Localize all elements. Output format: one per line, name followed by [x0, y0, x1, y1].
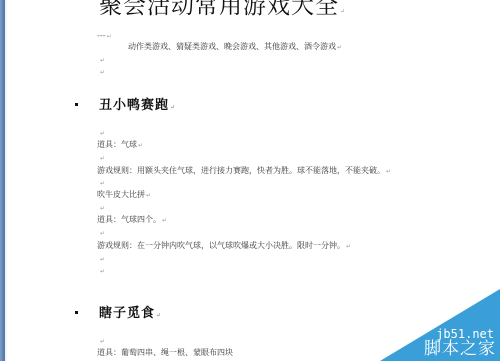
paragraph-mark: ↵ — [100, 69, 105, 76]
watermark-name: 脚本之家 — [424, 334, 496, 359]
paragraph-mark: ↵ — [100, 230, 105, 237]
paragraph-mark: ↵ — [100, 256, 105, 263]
paragraph-mark: ↵ — [146, 192, 151, 199]
paragraph-mark: ↵ — [100, 338, 105, 345]
paragraph-mark: ↵ — [337, 44, 342, 51]
paragraph-mark: ↵ — [107, 33, 112, 40]
section-rules: 游戏规则：在一分钟内吹气球，以气球吹爆或大小决胜。限时一分钟。↵ — [97, 240, 351, 251]
props-text: 道具：气球四个。 — [97, 215, 161, 224]
bullet-icon — [75, 103, 78, 106]
intro-marker: ---↵ — [97, 31, 112, 40]
paragraph-mark: ↵ — [100, 205, 105, 212]
section-props: 道具：气球↵ — [97, 139, 143, 150]
rules-text: 游戏规则：用额头夹住气球，进行接力赛跑，快者为胜。球不能落地，不能夹破。 — [97, 166, 385, 175]
section-rules: 游戏规则：用额头夹住气球，进行接力赛跑，快者为胜。球不能落地，不能夹破。↵ — [97, 165, 391, 176]
paragraph-mark: ↵ — [346, 243, 351, 250]
paragraph-mark: ↵ — [340, 8, 346, 15]
document-title: 聚会活动常用游戏大全↵ — [99, 0, 346, 20]
section-heading-text: 瞎子觅食 — [99, 306, 155, 321]
paragraph-mark: ↵ — [138, 142, 143, 149]
rules-text: 游戏规则：在一分钟内吹气球，以气球吹爆或大小决胜。限时一分钟。 — [97, 241, 345, 250]
section-props: 道具：葡萄四串、绳一根、蒙眼布四块 — [97, 347, 233, 358]
paragraph-mark: ↵ — [156, 312, 162, 319]
section-heading-text: 丑小鸭赛跑 — [99, 98, 169, 113]
paragraph-mark: ↵ — [100, 180, 105, 187]
paragraph-mark: ↵ — [170, 104, 176, 111]
section-heading: 丑小鸭赛跑↵ — [99, 94, 176, 113]
section-heading-plain: 吹牛皮大比拼↵ — [97, 189, 151, 200]
title-text: 聚会活动常用游戏大全 — [99, 0, 339, 19]
intro-marker-text: --- — [97, 31, 106, 40]
paragraph-mark: ↵ — [100, 155, 105, 162]
paragraph-mark: ↵ — [100, 268, 105, 275]
section-heading-text: 吹牛皮大比拼 — [97, 190, 145, 199]
section-props: 道具：气球四个。↵ — [97, 214, 167, 225]
category-list: 动作类游戏、猜疑类游戏、晚会游戏、其他游戏、酒令游戏↵ — [128, 41, 342, 52]
paragraph-mark: ↵ — [100, 57, 105, 64]
category-list-text: 动作类游戏、猜疑类游戏、晚会游戏、其他游戏、酒令游戏 — [128, 42, 336, 51]
paragraph-mark: ↵ — [386, 168, 391, 175]
document-page[interactable]: 聚会活动常用游戏大全↵ ---↵ 动作类游戏、猜疑类游戏、晚会游戏、其他游戏、酒… — [0, 0, 500, 361]
paragraph-mark: ↵ — [100, 130, 105, 137]
bullet-icon — [75, 311, 78, 314]
props-text: 道具：气球 — [97, 140, 137, 149]
section-heading: 瞎子觅食↵ — [99, 302, 162, 321]
props-text: 道具：葡萄四串、绳一根、蒙眼布四块 — [97, 348, 233, 357]
paragraph-mark: ↵ — [162, 217, 167, 224]
